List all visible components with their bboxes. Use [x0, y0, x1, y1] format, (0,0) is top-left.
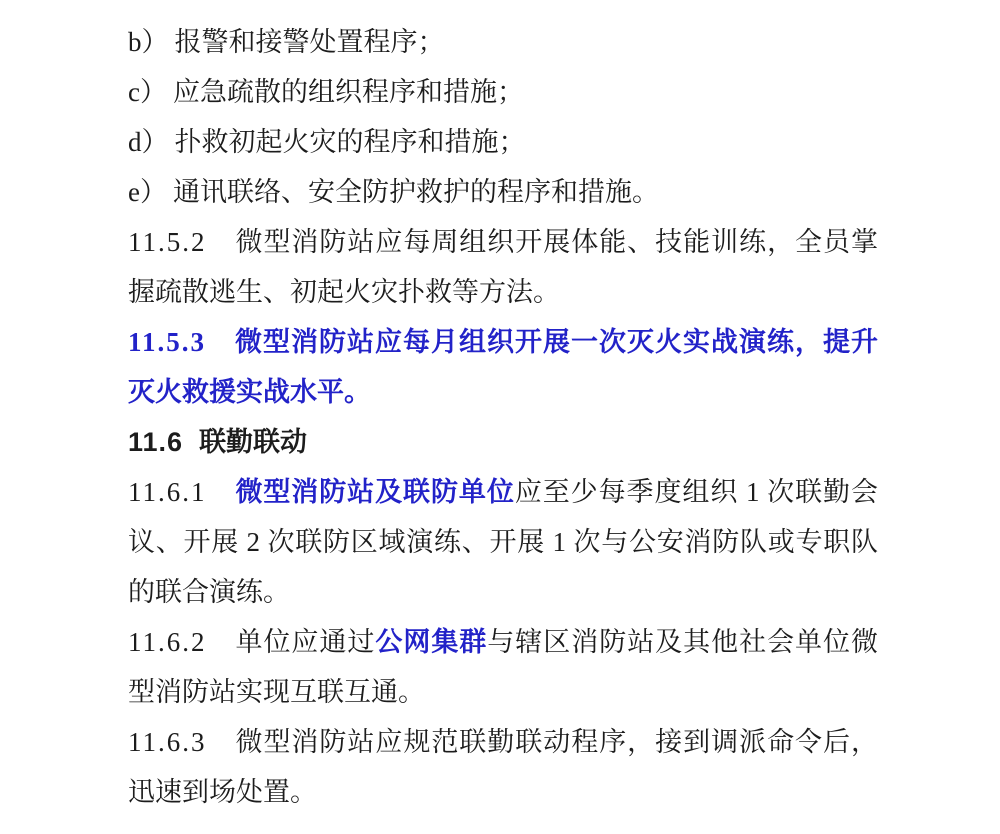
document-content: b）报警和接警处置程序； c）应急疏散的组织程序和措施； d）扑救初起火灾的程序… — [0, 0, 1000, 834]
heading-11-6-title: 联勤联动 — [199, 427, 307, 457]
list-item-e-label: e） — [128, 177, 167, 207]
list-item-c-text: 应急疏散的组织程序和措施； — [173, 77, 524, 107]
list-item-e-text: 通讯联络、安全防护救护的程序和措施。 — [173, 177, 659, 207]
clause-11-6-1-highlight: 微型消防站及联防单位 — [235, 477, 515, 507]
heading-11-6-number: 11.6 — [128, 427, 183, 457]
clause-11-5-3-number: 11.5.3 — [128, 327, 206, 357]
clause-11-6-2-pre: 单位应通过 — [235, 627, 376, 657]
list-item-d-text: 扑救初起火灾的程序和措施； — [175, 127, 526, 157]
list-item-e: e）通讯联络、安全防护救护的程序和措施。 — [128, 167, 878, 217]
list-item-c-label: c） — [128, 77, 167, 107]
clause-11-6-2: 11.6.2单位应通过公网集群与辖区消防站及其他社会单位微型消防站实现互联互通。 — [128, 617, 878, 717]
clause-11-6-2-number: 11.6.2 — [128, 627, 207, 657]
clause-11-6-1-number: 11.6.1 — [128, 477, 207, 507]
clause-11-6-3: 11.6.3微型消防站应规范联勤联动程序，接到调派命令后，迅速到场处置。 — [128, 717, 878, 817]
list-item-d-label: d） — [128, 127, 169, 157]
list-item-b-label: b） — [128, 27, 169, 57]
list-item-d: d）扑救初起火灾的程序和措施； — [128, 117, 878, 167]
list-item-b-text: 报警和接警处置程序； — [175, 27, 445, 57]
clause-11-5-2: 11.5.2微型消防站应每周组织开展体能、技能训练，全员掌握疏散逃生、初起火灾扑… — [128, 217, 878, 317]
clause-11-6-1: 11.6.1微型消防站及联防单位应至少每季度组织 1 次联勤会议、开展 2 次联… — [128, 467, 878, 617]
clause-11-5-3-text: 微型消防站应每月组织开展一次灭火实战演练，提升灭火救援实战水平。 — [128, 327, 878, 407]
list-item-c: c）应急疏散的组织程序和措施； — [128, 67, 878, 117]
clause-11-6-3-text: 微型消防站应规范联勤联动程序，接到调派命令后，迅速到场处置。 — [128, 727, 878, 807]
list-item-b: b）报警和接警处置程序； — [128, 17, 878, 67]
clause-11-5-3: 11.5.3微型消防站应每月组织开展一次灭火实战演练，提升灭火救援实战水平。 — [128, 317, 878, 417]
clause-11-6-3-number: 11.6.3 — [128, 727, 207, 757]
document-page: b）报警和接警处置程序； c）应急疏散的组织程序和措施； d）扑救初起火灾的程序… — [0, 0, 1000, 834]
clause-11-5-2-text: 微型消防站应每周组织开展体能、技能训练，全员掌握疏散逃生、初起火灾扑救等方法。 — [128, 227, 878, 307]
heading-11-6: 11.6联勤联动 — [128, 417, 878, 467]
clause-11-6-2-highlight: 公网集群 — [375, 627, 487, 657]
clause-11-5-2-number: 11.5.2 — [128, 227, 207, 257]
